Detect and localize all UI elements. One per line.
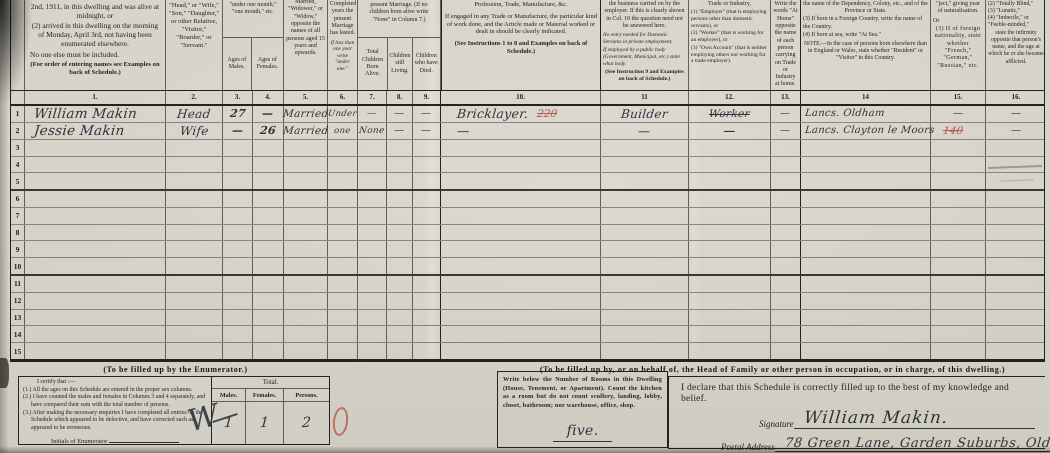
handwritten-entry: Worker (708, 108, 750, 120)
cell (223, 225, 253, 241)
cell (801, 208, 931, 224)
cell (284, 140, 328, 156)
cell (441, 140, 601, 156)
cell (284, 293, 328, 309)
cell (284, 173, 328, 189)
header-text: Or (933, 18, 983, 25)
handwritten-entry: — (421, 125, 432, 136)
header-text: If less than one year write "under one." (330, 40, 355, 73)
table-row: 14 (11, 326, 1044, 343)
cell: — (253, 106, 284, 122)
header-text: "under one month," "one month," etc. (223, 0, 283, 38)
bottom-section: (To be filled up by the Enumerator.) I c… (0, 359, 1050, 453)
handwritten-entry: None (359, 126, 386, 136)
table-row: 7 (11, 208, 1044, 225)
header-text: (For order of entering names see Example… (28, 61, 162, 77)
row-number: 12 (11, 293, 25, 309)
cell (931, 123, 986, 139)
cell (253, 208, 284, 224)
handwritten-entry: Lancs. Oldham (804, 108, 885, 119)
header-text: "ject," giving year of naturalisation. (933, 1, 983, 16)
cell (771, 326, 801, 342)
cell (771, 293, 801, 309)
cell (358, 326, 387, 342)
cell (771, 276, 801, 292)
cell (387, 326, 413, 342)
cell (441, 157, 601, 173)
cell (358, 173, 387, 189)
header-text: (4) "Imbecile," or "Feeble-minded," (988, 15, 1044, 29)
cell (284, 191, 328, 207)
cell (413, 191, 441, 207)
cell (25, 276, 166, 292)
cell (358, 157, 387, 173)
cell (328, 326, 358, 342)
cell: Builder (601, 106, 689, 122)
cell: — (387, 106, 413, 122)
cell (986, 140, 1046, 156)
cell (166, 208, 223, 224)
header-ages-males: Ages of Males. (223, 38, 252, 90)
cell (931, 157, 986, 173)
cell (771, 310, 801, 326)
cell (166, 140, 223, 156)
header-text: (See Instructions 1 to 8 and Examples on… (444, 40, 598, 56)
header-employment-status: Trade or Industry, (1) "Employer" (that … (689, 0, 771, 90)
cell (689, 343, 771, 359)
row-number: 5 (11, 173, 25, 189)
row-number: 4 (11, 157, 25, 173)
header-text: (1) "Employer" (that is employing person… (691, 9, 768, 29)
enumerator-box: I certify that :— (1.) All the ages on t… (18, 376, 330, 445)
cell (25, 225, 166, 241)
cell (986, 191, 1046, 207)
table-row: 15 (11, 343, 1044, 359)
row-number: 8 (11, 225, 25, 241)
cell (284, 225, 328, 241)
cell (328, 276, 358, 292)
cell (387, 157, 413, 173)
header-children-group: present Marriage. (If no children born a… (358, 0, 441, 90)
cell (689, 225, 771, 241)
column-number: 11 (601, 91, 689, 104)
cell (771, 241, 801, 257)
cell (223, 310, 253, 326)
table-row: 2Jessie MakinWife—26MarriedoneNone——————… (11, 123, 1044, 140)
cell: Head (166, 106, 223, 122)
cell (328, 293, 358, 309)
header-text: NOTE.—In the case of persons born elsewh… (803, 41, 928, 63)
column-number: 14 (801, 91, 931, 104)
cell (166, 293, 223, 309)
totals-table: Total. Males. Females. Persons. 1 1 2 (211, 377, 329, 444)
column-number: 8. (387, 91, 413, 104)
cell (931, 191, 986, 207)
cell: — (771, 106, 801, 122)
header-text: Completed years the present Marriage has… (330, 1, 355, 38)
cell (25, 140, 166, 156)
cell (413, 173, 441, 189)
rooms-instructions: Write below the Number of Rooms in this … (503, 376, 662, 410)
cell (25, 173, 166, 189)
cell (25, 157, 166, 173)
header-text: (3) If of foreign nationality, state whe… (933, 26, 983, 70)
cell (801, 258, 931, 274)
cell: 26 (253, 123, 284, 139)
cell (223, 293, 253, 309)
header-ages-group: "under one month," "one month," etc. Age… (223, 0, 284, 90)
cell (253, 225, 284, 241)
cell (387, 343, 413, 359)
handwritten-entry: Head (176, 107, 211, 121)
header-text: 2nd, 1911, in this dwelling and was aliv… (28, 2, 162, 20)
cell: — (413, 123, 441, 139)
cell (801, 326, 931, 342)
cell (358, 208, 387, 224)
cell (441, 173, 601, 189)
cell (689, 293, 771, 309)
header-text: (2) arrived in this dwelling on the morn… (28, 21, 162, 48)
cell (441, 276, 601, 292)
cell (801, 140, 931, 156)
cell (387, 191, 413, 207)
cell (387, 140, 413, 156)
column-number: 16. (986, 91, 1046, 104)
cell (441, 326, 601, 342)
totals-title: Total. (212, 377, 329, 389)
cell (771, 173, 801, 189)
divider (10, 359, 1045, 362)
column-number: 9. (413, 91, 441, 104)
handwritten-entry: — (231, 124, 244, 137)
handwritten-entry: Jessie Makin (33, 123, 125, 139)
header-ages-females: Ages of Females. (252, 38, 283, 90)
handwritten-entry: one (334, 126, 352, 136)
cell (253, 173, 284, 189)
cell (689, 173, 771, 189)
cell (441, 241, 601, 257)
cell: Married (284, 123, 328, 139)
header-text: (See Instruction 9 and Examples on back … (603, 69, 686, 83)
cell (358, 241, 387, 257)
row-number: 6 (11, 191, 25, 207)
header-text: No entry needed for Domestic Servants in… (603, 32, 686, 45)
cell (358, 276, 387, 292)
cell (166, 343, 223, 359)
cell: — (986, 123, 1046, 139)
red-annotation: 220 (536, 108, 558, 120)
cell: Wife (166, 123, 223, 139)
cell (253, 191, 284, 207)
initials-rule (109, 436, 179, 443)
table-row: 1William MakinHead27—MarriedUnder———Bric… (11, 106, 1044, 123)
cell (253, 293, 284, 309)
cell (601, 191, 689, 207)
cell (328, 173, 358, 189)
handwritten-entry: — (723, 125, 735, 137)
declaration-box: I declare that this Schedule is correctl… (668, 376, 1045, 449)
cell (413, 326, 441, 342)
cell (387, 276, 413, 292)
totals-females-header: Females. (246, 389, 284, 401)
cell (771, 157, 801, 173)
cell (387, 258, 413, 274)
handwritten-entry: — (421, 108, 432, 119)
cell (284, 326, 328, 342)
table-row: 11 (11, 276, 1044, 293)
cell (689, 191, 771, 207)
cell (413, 343, 441, 359)
cell (986, 173, 1046, 189)
row-number: 10 (11, 258, 25, 274)
cell (223, 326, 253, 342)
cell (253, 326, 284, 342)
column-number: 15. (931, 91, 986, 104)
column-number: 13. (771, 91, 801, 104)
cell (166, 258, 223, 274)
row-number: 11 (11, 276, 25, 292)
cell (771, 140, 801, 156)
cell (801, 157, 931, 173)
header-text: (3) If born in a Foreign Country, write … (803, 16, 928, 30)
handwritten-entry: 27 (229, 107, 246, 120)
column-number: 1. (25, 91, 166, 104)
header-years-married: Completed years the present Marriage has… (328, 0, 358, 90)
cell (328, 258, 358, 274)
cell (25, 310, 166, 326)
census-schedule-scan: 2nd, 1911, in this dwelling and was aliv… (0, 0, 1050, 453)
header-text: No one else must be included. (28, 50, 162, 59)
cell (601, 293, 689, 309)
cell (801, 276, 931, 292)
cell: one (328, 123, 358, 139)
table-row: 12 (11, 293, 1044, 310)
cell (25, 241, 166, 257)
header-text: the business carried on by the employer.… (603, 1, 686, 30)
row-number: 14 (11, 326, 25, 342)
table-row: 6 (11, 191, 1044, 208)
cell (223, 343, 253, 359)
header-text: If engaged in any Trade or Manufacture, … (444, 13, 598, 36)
cell (223, 208, 253, 224)
cell (931, 310, 986, 326)
cell (328, 208, 358, 224)
cell (25, 208, 166, 224)
cell (931, 225, 986, 241)
cell (387, 241, 413, 257)
header-text: (2) "Totally Blind," (988, 1, 1044, 8)
cell (931, 173, 986, 189)
cell (771, 208, 801, 224)
cell (689, 241, 771, 257)
cell: Lancs. Clayton le Moors140 (801, 123, 931, 139)
cell: None (358, 123, 387, 139)
cell (253, 343, 284, 359)
cell (689, 310, 771, 326)
cell (328, 140, 358, 156)
cell (358, 343, 387, 359)
totals-persons-header: Persons. (284, 389, 329, 401)
handwritten-entry: Married (282, 108, 329, 120)
handwritten-entry: — (638, 124, 652, 138)
column-number-strip: 1.2.3.4.5.6.7.8.9.10.1112.13.1415.16. (11, 91, 1044, 106)
cell (441, 258, 601, 274)
header-text: the name of the Dependency, Colony, etc.… (803, 1, 928, 15)
cell (25, 191, 166, 207)
cell: — (771, 123, 801, 139)
cell (166, 310, 223, 326)
cell (441, 343, 601, 359)
cell (986, 225, 1046, 241)
cell (771, 191, 801, 207)
certify-intro: I certify that :— (23, 379, 207, 387)
initials-label: Initials of Enumerator (51, 438, 107, 445)
table-row: 4 (11, 157, 1044, 174)
cell (413, 276, 441, 292)
handwritten-entry: — (394, 125, 405, 136)
cell (413, 157, 441, 173)
cell (601, 343, 689, 359)
cell (358, 191, 387, 207)
cell (986, 258, 1046, 274)
cell (328, 241, 358, 257)
column-number: 5. (284, 91, 328, 104)
cell (986, 310, 1046, 326)
cell (223, 157, 253, 173)
cell: Worker (689, 106, 771, 122)
cell (387, 310, 413, 326)
cell (328, 310, 358, 326)
cell (253, 276, 284, 292)
handwritten-entry: Under (328, 109, 358, 119)
declaration-statement: I declare that this Schedule is correctl… (681, 382, 1035, 404)
cell (166, 157, 223, 173)
cell: — (387, 123, 413, 139)
header-relationship: "Head," or "Wife," "Son," "Daughter," or… (166, 0, 223, 90)
cell (223, 140, 253, 156)
header-text: If employed by a public body (Government… (603, 47, 686, 67)
cell (166, 191, 223, 207)
cell (358, 140, 387, 156)
table-row: 10 (11, 258, 1044, 276)
cell: — (986, 106, 1046, 122)
cell (413, 140, 441, 156)
cell (387, 225, 413, 241)
cell (358, 225, 387, 241)
handwritten-entry: — (262, 107, 275, 120)
cell (284, 276, 328, 292)
header-nationality: "ject," giving year of naturalisation. O… (931, 0, 986, 90)
cell (328, 225, 358, 241)
cell (801, 343, 931, 359)
handwritten-entry: — (952, 108, 963, 119)
cell (801, 310, 931, 326)
signature-handwriting: William Makin. (803, 408, 949, 428)
header-infirmity: (2) "Totally Blind," (3) "Lunatic," (4) … (986, 0, 1046, 90)
cell (441, 208, 601, 224)
header-text: "Widower," or "Widow," opposite the name… (286, 6, 325, 57)
cell: 27 (223, 106, 253, 122)
cell (25, 326, 166, 342)
cell (771, 343, 801, 359)
cell (25, 343, 166, 359)
cell (771, 258, 801, 274)
totals-males-header: Males. (212, 389, 246, 401)
handwritten-entry: — (780, 108, 791, 119)
header-text: Profession, Trade, Manufacture, &c. (444, 1, 598, 9)
cell: Bricklayer.220 (441, 106, 601, 122)
cell (25, 258, 166, 274)
handwritten-entry: — (394, 108, 405, 119)
cell (986, 293, 1046, 309)
cell (328, 191, 358, 207)
row-number: 3 (11, 140, 25, 156)
cell (253, 258, 284, 274)
cell (253, 157, 284, 173)
row-number: 15 (11, 343, 25, 359)
column-number: 12. (689, 91, 771, 104)
cell (931, 258, 986, 274)
cell (223, 276, 253, 292)
handwritten-entry: Married (282, 125, 329, 137)
cell (441, 293, 601, 309)
row-number: 2 (11, 123, 25, 139)
header-text: (4) If born at sea, write "At Sea." (803, 32, 928, 39)
handwritten-entry: — (367, 109, 377, 119)
cell (986, 276, 1046, 292)
cell (284, 343, 328, 359)
householder-section-title: (To be filled up by, or on behalf of, th… (505, 365, 1040, 374)
cell (601, 225, 689, 241)
totals-persons-value: 2 (301, 415, 311, 432)
cell (413, 241, 441, 257)
cell: Under (328, 106, 358, 122)
cell: — (413, 106, 441, 122)
cell (223, 191, 253, 207)
cell (601, 310, 689, 326)
cell (601, 140, 689, 156)
cell: — (358, 106, 387, 122)
cell: — (223, 123, 253, 139)
cell (328, 157, 358, 173)
row-number: 7 (11, 208, 25, 224)
cell (387, 173, 413, 189)
cell (601, 258, 689, 274)
handwritten-entry: — (1010, 108, 1021, 119)
cell (931, 208, 986, 224)
cell (223, 258, 253, 274)
cell (601, 157, 689, 173)
cell (931, 140, 986, 156)
column-number: 2. (166, 91, 223, 104)
cell (166, 225, 223, 241)
cell (387, 293, 413, 309)
cell (689, 208, 771, 224)
cell (413, 310, 441, 326)
table-body: 1William MakinHead27—MarriedUnder———Bric… (11, 106, 1044, 359)
header-birthplace: the name of the Dependency, Colony, etc.… (801, 0, 931, 90)
column-number: 6. (328, 91, 358, 104)
red-circle-annotation (331, 406, 349, 437)
cell (601, 276, 689, 292)
cell (931, 326, 986, 342)
cell (253, 140, 284, 156)
cell (223, 241, 253, 257)
handwritten-entry: Bricklayer. (456, 106, 529, 121)
cell (689, 258, 771, 274)
table-row: 8 (11, 225, 1044, 242)
cell (284, 157, 328, 173)
